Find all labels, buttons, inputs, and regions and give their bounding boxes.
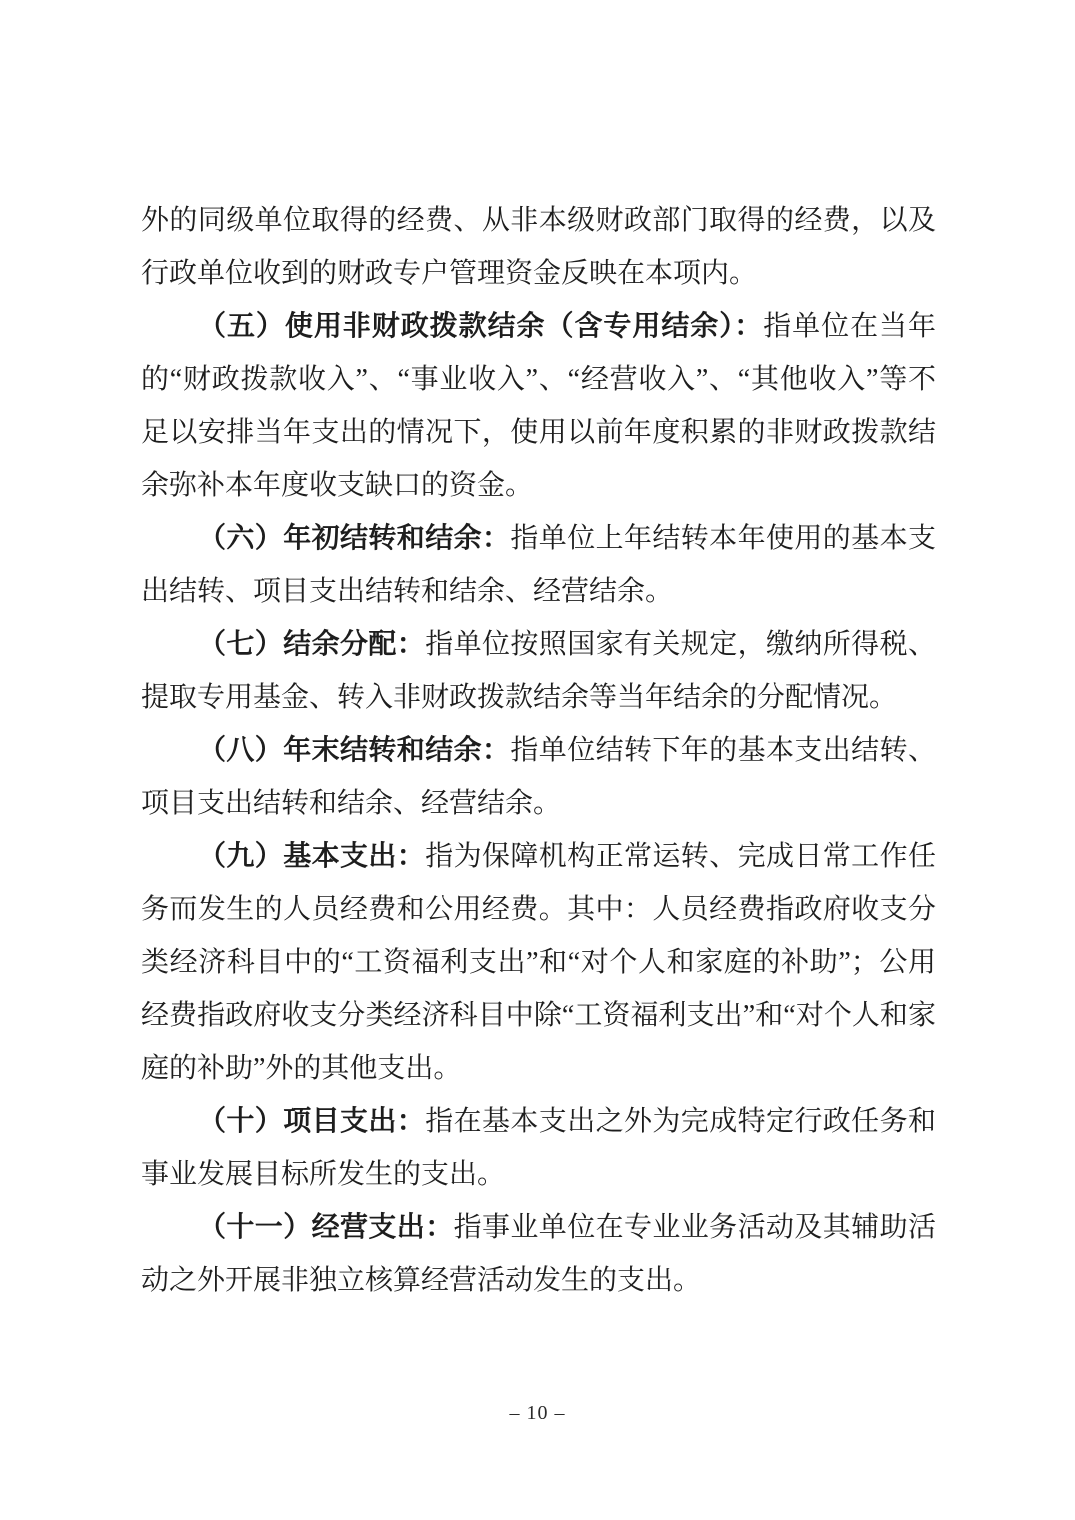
paragraph: 外的同级单位取得的经费、从非本级财政部门取得的经费，以及行政单位收到的财政专户管… bbox=[141, 194, 936, 300]
paragraph-lead: （九）基本支出： bbox=[198, 841, 425, 872]
paragraph: （八）年末结转和结余：指单位结转下年的基本支出结转、项目支出结转和结余、经营结余… bbox=[141, 724, 936, 830]
paragraph-lead: （五）使用非财政拨款结余（含专用结余）： bbox=[198, 311, 763, 342]
paragraph: （五）使用非财政拨款结余（含专用结余）：指单位在当年的“财政拨款收入”、“事业收… bbox=[141, 300, 936, 512]
paragraph: （十）项目支出：指在基本支出之外为完成特定行政任务和事业发展目标所发生的支出。 bbox=[141, 1095, 936, 1201]
paragraph-lead: （六）年初结转和结余： bbox=[198, 523, 510, 554]
paragraph-lead: （八）年末结转和结余： bbox=[198, 735, 510, 766]
paragraph-lead: （十一）经营支出： bbox=[198, 1212, 454, 1243]
paragraph: （七）结余分配：指单位按照国家有关规定，缴纳所得税、提取专用基金、转入非财政拨款… bbox=[141, 618, 936, 724]
paragraph-lead: （十）项目支出： bbox=[198, 1106, 425, 1137]
document-page: 外的同级单位取得的经费、从非本级财政部门取得的经费，以及行政单位收到的财政专户管… bbox=[0, 0, 1075, 1520]
document-body: 外的同级单位取得的经费、从非本级财政部门取得的经费，以及行政单位收到的财政专户管… bbox=[141, 194, 936, 1307]
paragraph-lead: （七）结余分配： bbox=[198, 629, 425, 660]
page-number: – 10 – bbox=[0, 1402, 1075, 1425]
paragraph: （十一）经营支出：指事业单位在专业业务活动及其辅助活动之外开展非独立核算经营活动… bbox=[141, 1201, 936, 1307]
paragraph: （九）基本支出：指为保障机构正常运转、完成日常工作任务而发生的人员经费和公用经费… bbox=[141, 830, 936, 1095]
paragraph: （六）年初结转和结余：指单位上年结转本年使用的基本支出结转、项目支出结转和结余、… bbox=[141, 512, 936, 618]
